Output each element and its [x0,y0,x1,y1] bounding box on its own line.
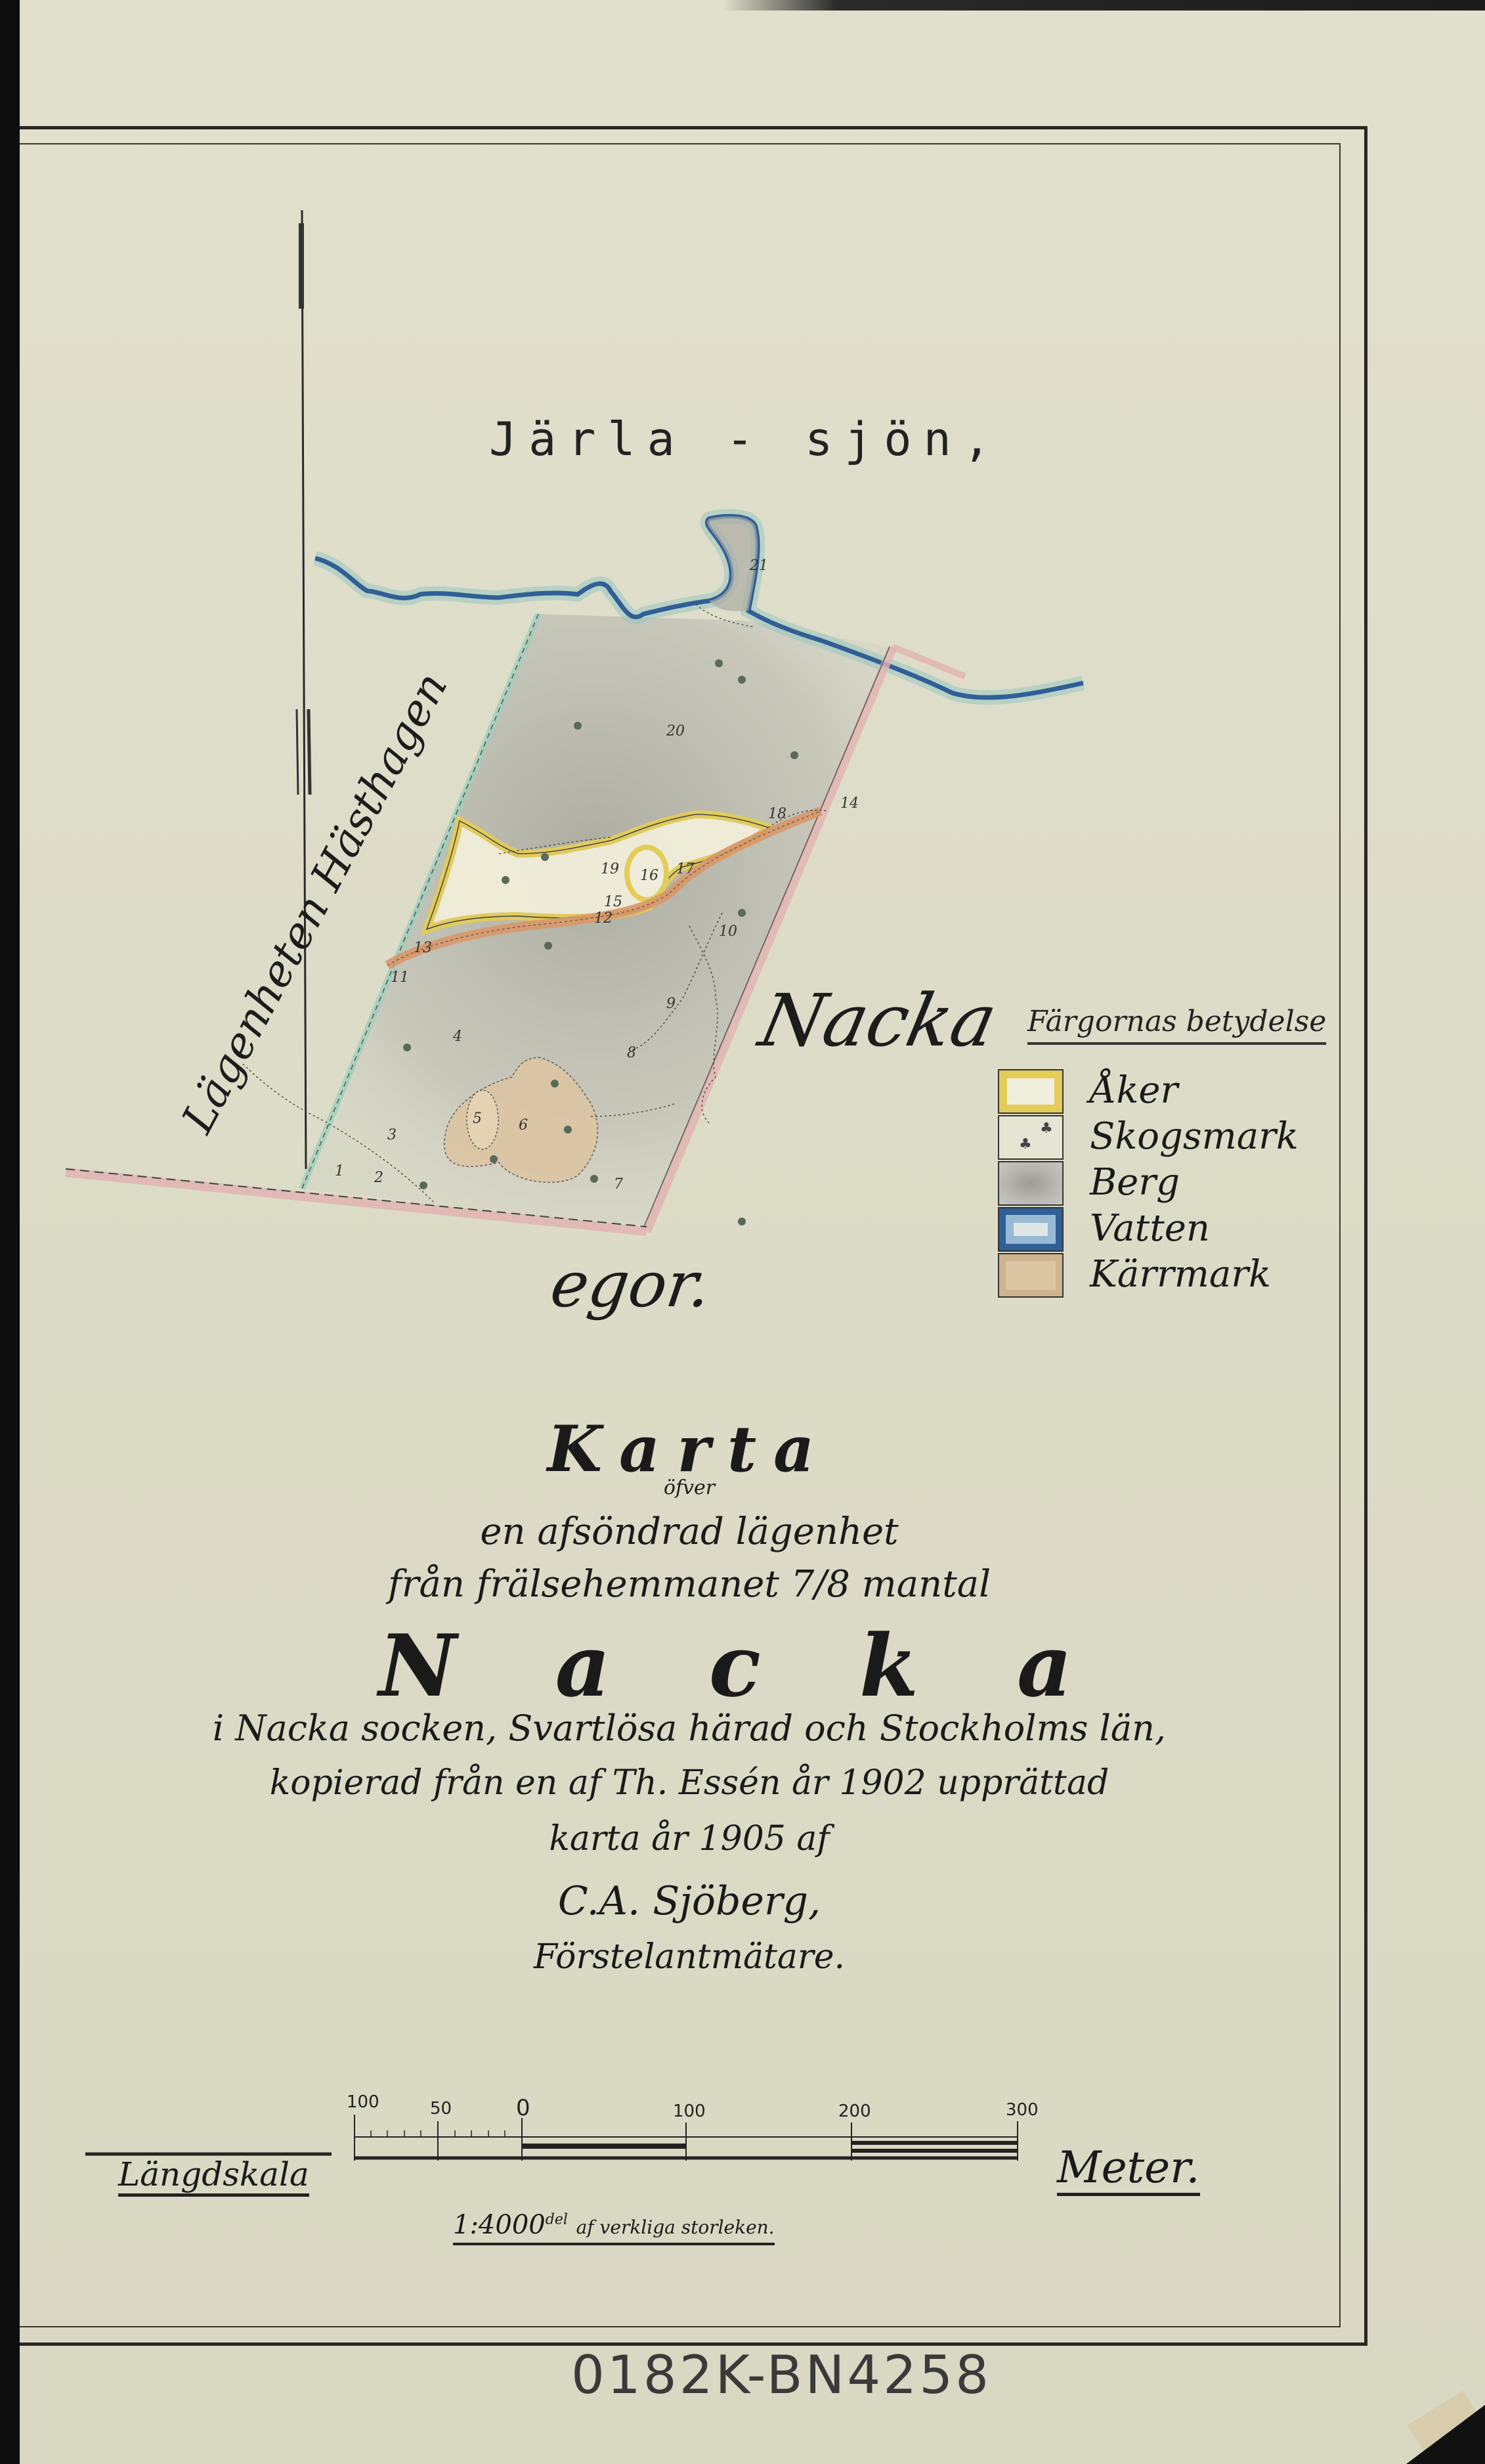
parcel-number-16: 16 [640,868,658,884]
parcel-number-10: 10 [719,923,737,940]
parcel-number-1: 1 [335,1163,344,1179]
parcel-number-19: 19 [601,861,619,877]
scale-tick: 50 [430,2099,452,2119]
east-neighbor-label: Nacka [752,979,1004,1063]
scale-tick: 100 [673,2101,706,2121]
parcel-number-8: 8 [627,1045,636,1061]
parcel-number-7: 7 [614,1176,623,1193]
legend-label: Kärrmark [1090,1253,1271,1296]
parcel-number-11: 11 [391,969,409,986]
legend-label: Åker [1090,1069,1178,1112]
parcel-number-13: 13 [414,940,432,956]
map-title: Karta [0,1412,1379,1486]
scale-bar [85,2115,1018,2161]
scale-ratio: 1:4000del af verkliga storleken. [453,2210,775,2245]
parcel-number-20: 20 [666,723,685,739]
title-line-3: i Nacka socken, Svartlösa härad och Stoc… [0,1707,1379,1749]
paper-corner-shadow [1406,2405,1485,2464]
legend-label: Berg [1090,1161,1180,1204]
parcel-number-21: 21 [749,558,768,574]
parcel-number-15: 15 [604,894,622,910]
surveyor-title: Förstelantmätare. [0,1937,1379,1977]
parcel-number-18: 18 [768,806,786,822]
meridian-line [297,210,310,1169]
parcel-number-17: 17 [676,861,695,877]
scale-tick: 200 [838,2101,871,2121]
parcel-number-2: 2 [374,1170,383,1186]
scale-tick: 0 [516,2095,530,2121]
title-line-5: karta år 1905 af [0,1819,1379,1859]
place-name: Nacka [0,1616,1464,1716]
title-line-4: kopierad från en af Th. Essén år 1902 up… [0,1763,1379,1803]
parcel-number-5: 5 [473,1111,482,1127]
map-drawing: 21 20 19 18 17 16 15 14 13 12 11 10 9 8 … [0,0,1485,2464]
water-swatch-icon [998,1207,1064,1252]
lake-label: Järla - sjön, [489,412,1002,466]
scale-ratio-value: 1:4000 [453,2210,546,2240]
title-line-2: från frälsehemmanet 7/8 mantal [0,1563,1379,1606]
scale-tick: 300 [1006,2100,1039,2120]
legend-label: Skogsmark [1090,1115,1299,1158]
scale-ratio-suffix: af verkliga storleken. [576,2216,775,2238]
parcel-number-9: 9 [666,996,676,1012]
tree-icon: ♣ [1040,1120,1053,1137]
scale-unit: Meter. [1057,2142,1200,2196]
parcel-number-6: 6 [519,1117,528,1133]
map-subtitle: öfver [0,1476,1379,1499]
legend-label: Vatten [1090,1207,1210,1250]
parcel-number-14: 14 [840,795,859,812]
parcel-number-3: 3 [387,1127,397,1143]
bog-swatch-icon [998,1253,1064,1298]
parcel-number-12: 12 [594,910,613,927]
archive-id: 0182K-BN4258 [571,2344,991,2406]
title-line-1: en afsöndrad lägenhet [0,1510,1379,1553]
south-neighbor-label: egor. [546,1248,716,1321]
scale-ratio-sup: del [546,2212,568,2228]
rock-swatch-icon [998,1161,1064,1206]
scale-tick: 100 [347,2092,379,2112]
scale-label: Längdskala [118,2155,309,2197]
tree-icon: ♣ [1019,1136,1032,1153]
field-swatch-icon [998,1069,1064,1114]
legend-title: Färgornas betydelse [1027,1005,1326,1045]
parcel-number-4: 4 [452,1028,462,1045]
forest-swatch-icon: ♣ ♣ [998,1115,1064,1160]
surveyor-signature: C.A. Sjöberg, [0,1878,1379,1924]
